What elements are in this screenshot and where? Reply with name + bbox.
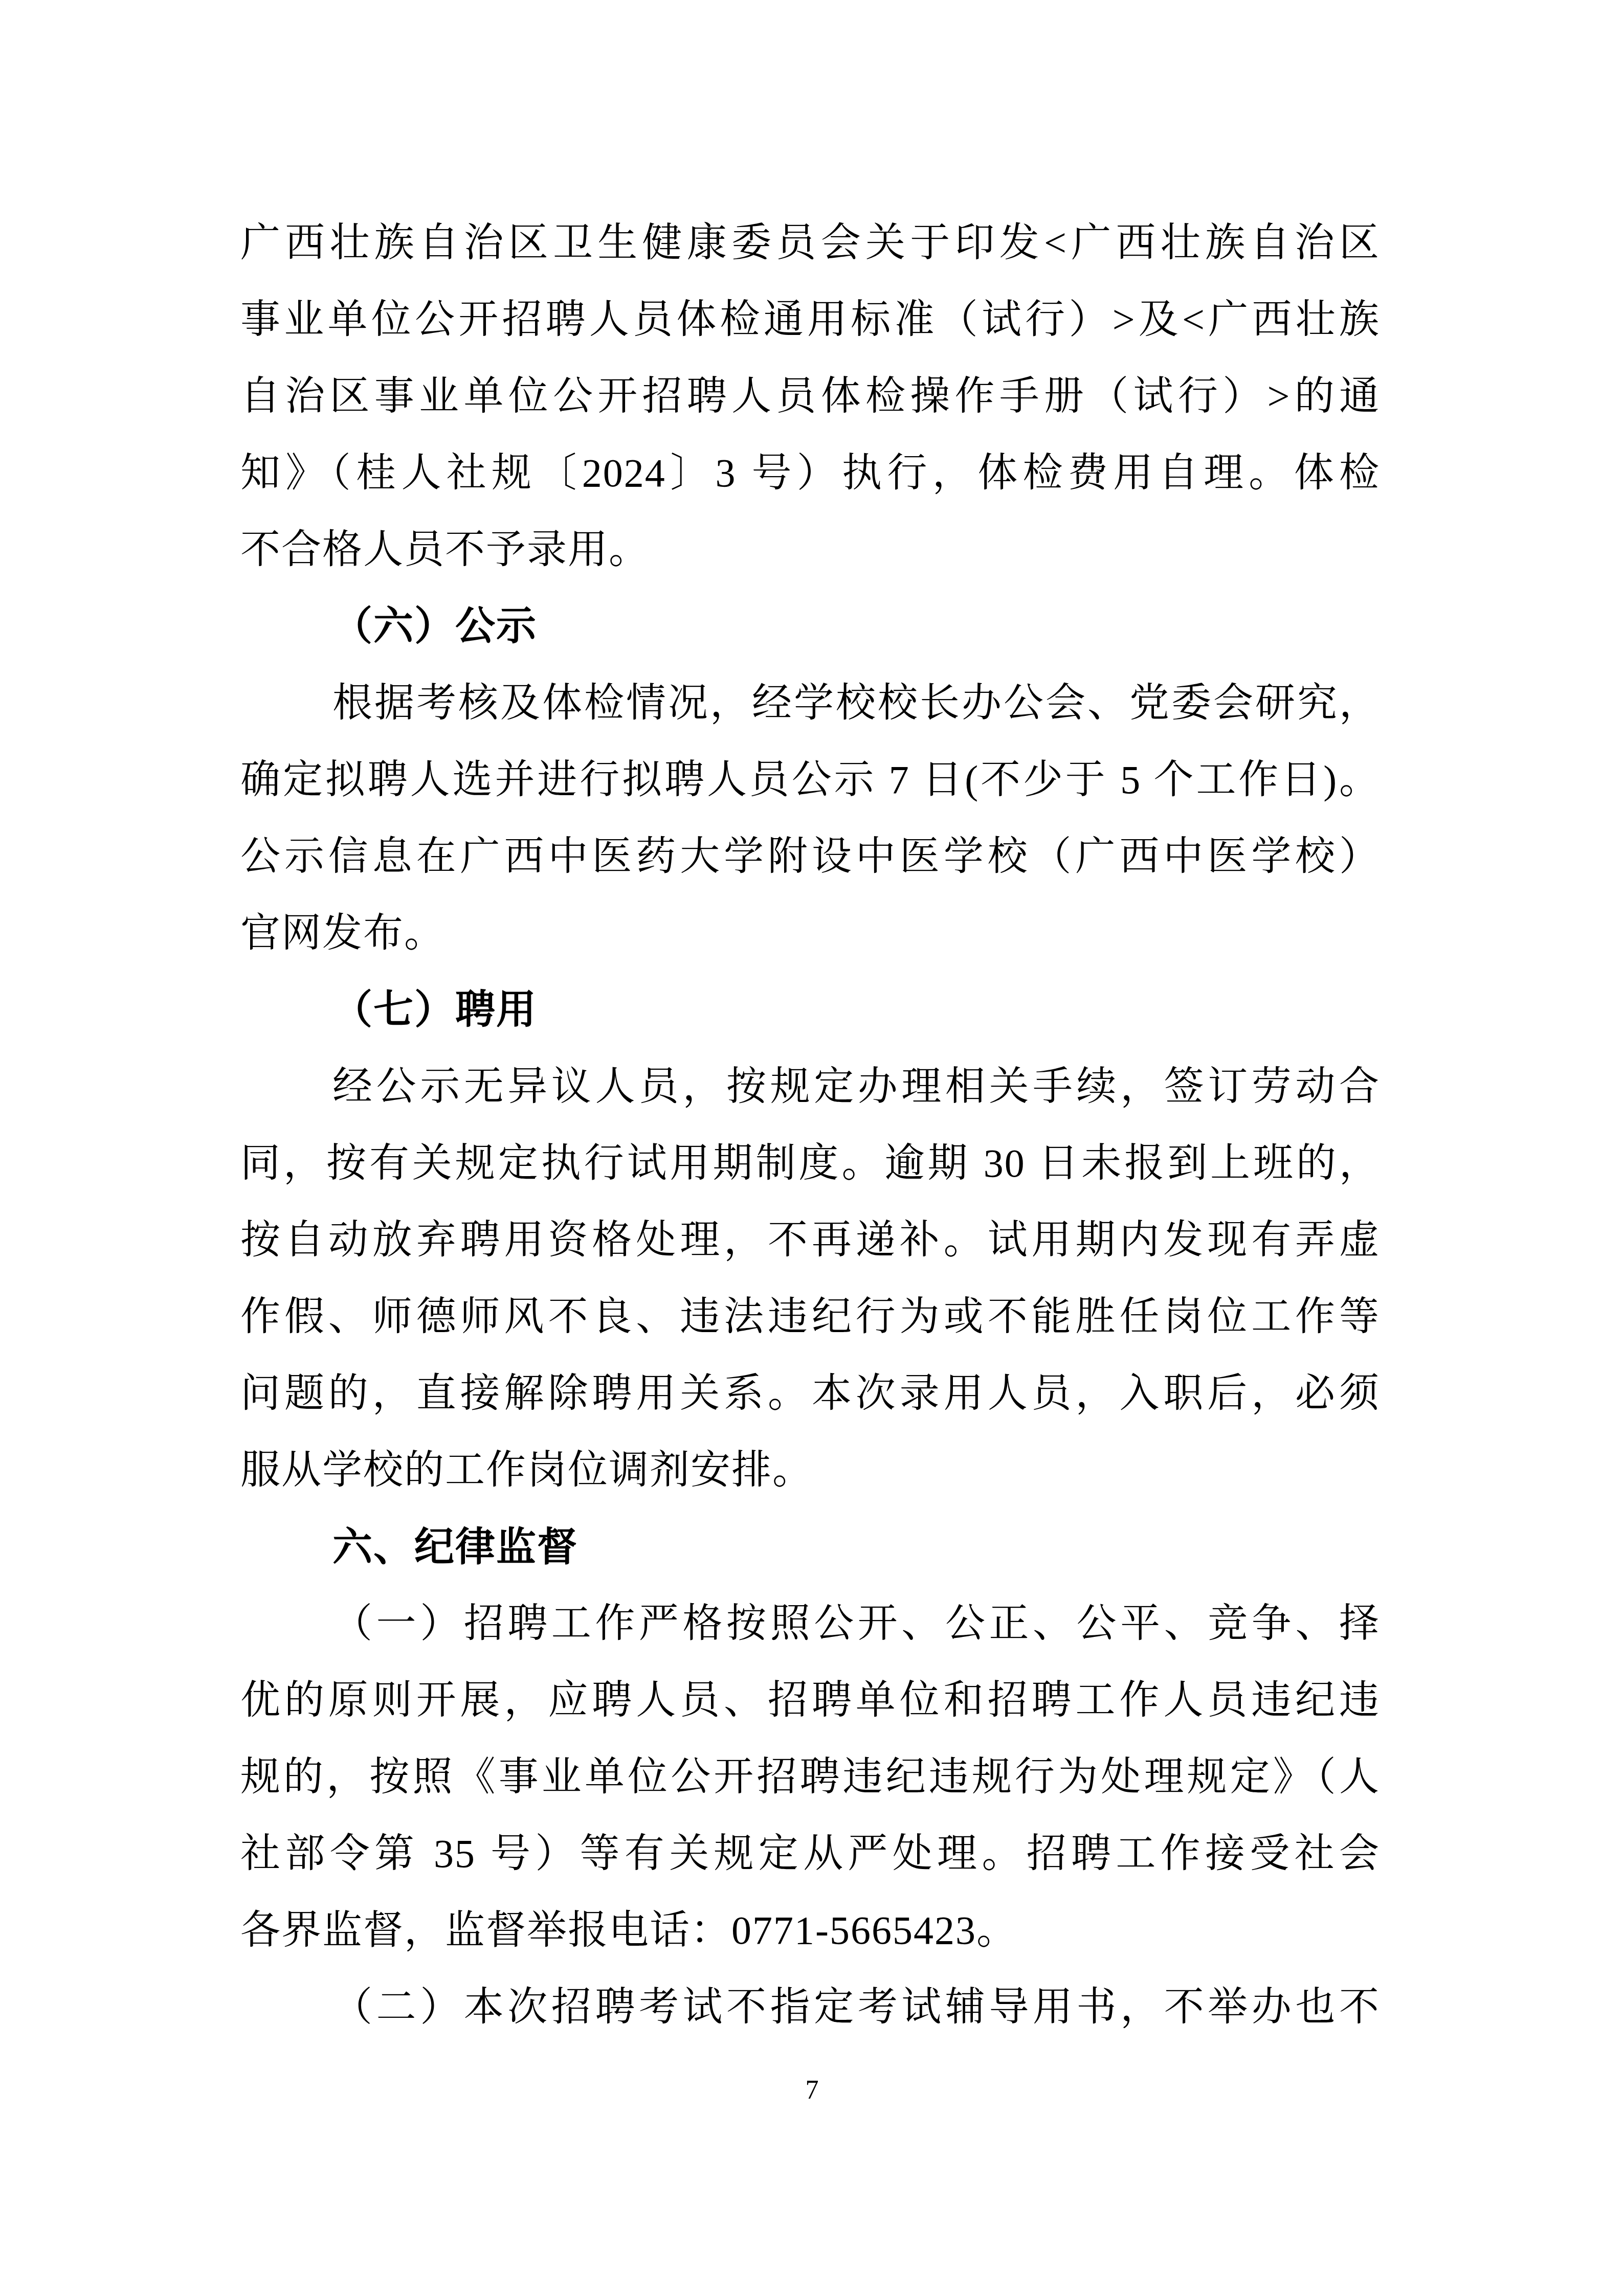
page-number: 7 <box>0 2074 1624 2107</box>
document-line: 优的原则开展，应聘人员、招聘单位和招聘工作人员违纪违 <box>240 1662 1380 1739</box>
document-line: 社部令第 35 号）等有关规定从严处理。招聘工作接受社会 <box>240 1815 1380 1892</box>
document-line: 知》（桂人社规〔2024〕3 号）执行，体检费用自理。体检 <box>240 435 1380 511</box>
document-line: 确定拟聘人选并进行拟聘人员公示 7 日(不少于 5 个工作日)。 <box>240 741 1380 818</box>
document-line: 事业单位公开招聘人员体检通用标准（试行）>及<广西壮族 <box>240 281 1380 358</box>
document-line: 根据考核及体检情况，经学校校长办公会、党委会研究， <box>240 665 1380 741</box>
document-page: 广西壮族自治区卫生健康委员会关于印发<广西壮族自治区事业单位公开招聘人员体检通用… <box>0 0 1624 2296</box>
document-line: 广西壮族自治区卫生健康委员会关于印发<广西壮族自治区 <box>240 205 1380 281</box>
document-line: 规的，按照《事业单位公开招聘违纪违规行为处理规定》（人 <box>240 1739 1380 1815</box>
document-line: （二）本次招聘考试不指定考试辅导用书，不举办也不 <box>240 1969 1380 2045</box>
document-line: 不合格人员不予录用。 <box>240 511 1380 588</box>
document-line: 服从学校的工作岗位调剂安排。 <box>240 1432 1380 1509</box>
document-line: 各界监督，监督举报电话：0771-5665423。 <box>240 1892 1380 1969</box>
document-body: 广西壮族自治区卫生健康委员会关于印发<广西壮族自治区事业单位公开招聘人员体检通用… <box>240 205 1380 2045</box>
section-heading: 六、纪律监督 <box>240 1509 1380 1585</box>
document-line: 经公示无异议人员，按规定办理相关手续，签订劳动合 <box>240 1048 1380 1125</box>
document-line: （一）招聘工作严格按照公开、公正、公平、竞争、择 <box>240 1585 1380 1662</box>
document-line: 作假、师德师风不良、违法违纪行为或不能胜任岗位工作等 <box>240 1278 1380 1355</box>
document-line: 同，按有关规定执行试用期制度。逾期 30 日未报到上班的， <box>240 1125 1380 1202</box>
document-line: 问题的，直接解除聘用关系。本次录用人员，入职后，必须 <box>240 1355 1380 1432</box>
document-line: 公示信息在广西中医药大学附设中医学校（广西中医学校） <box>240 818 1380 895</box>
section-heading: （六）公示 <box>240 588 1380 665</box>
document-line: 自治区事业单位公开招聘人员体检操作手册（试行）>的通 <box>240 358 1380 435</box>
section-heading: （七）聘用 <box>240 972 1380 1048</box>
document-line: 按自动放弃聘用资格处理，不再递补。试用期内发现有弄虚 <box>240 1202 1380 1278</box>
document-line: 官网发布。 <box>240 895 1380 972</box>
